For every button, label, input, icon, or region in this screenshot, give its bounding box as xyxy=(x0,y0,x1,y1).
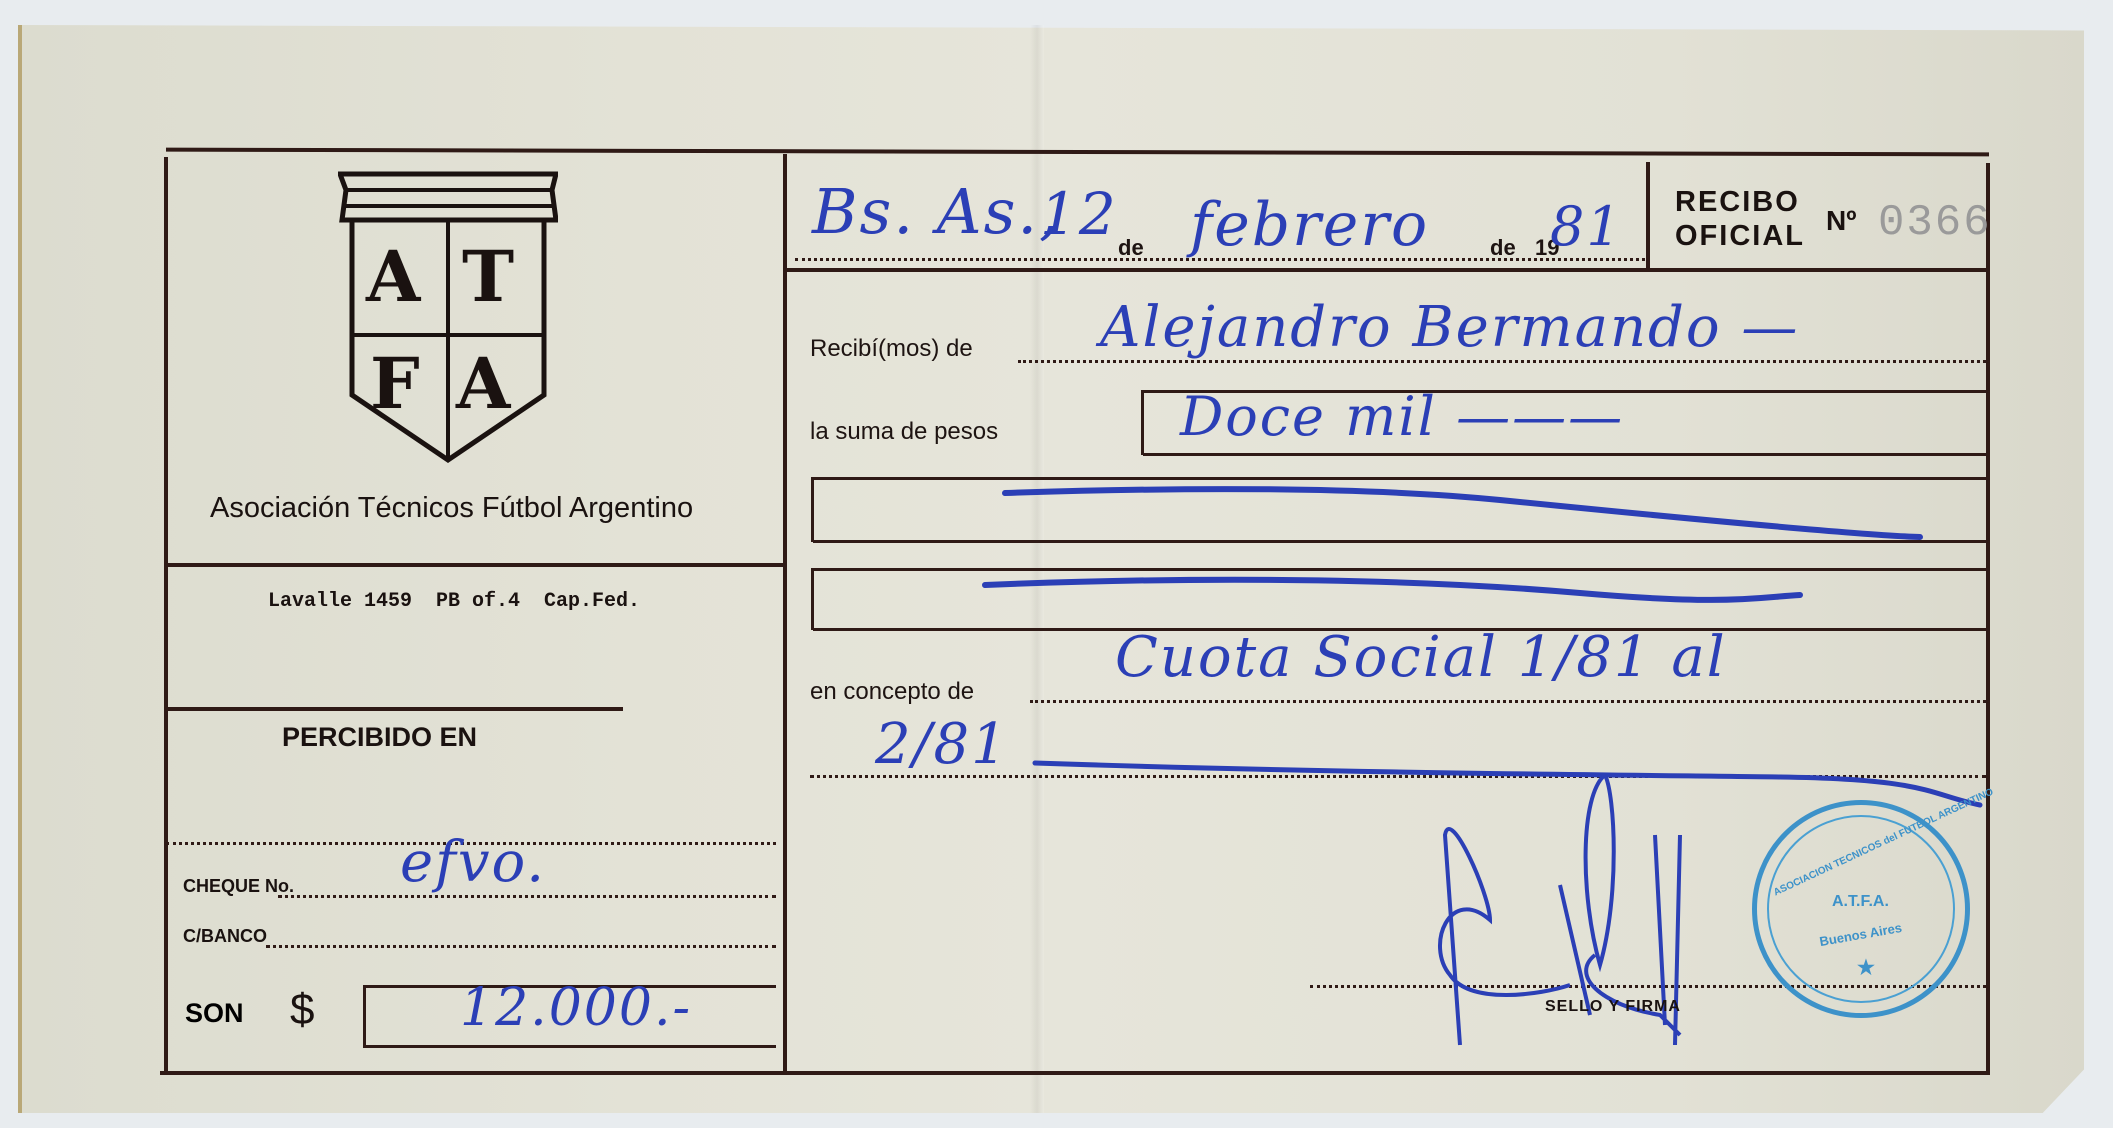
received-from-dotted-line xyxy=(1018,360,1986,363)
month-handwritten: febrero xyxy=(1190,190,1429,260)
concept-label: en concepto de xyxy=(810,678,974,706)
received-from-handwritten: Alejandro Bermando — xyxy=(1100,295,1799,360)
address-section-divider xyxy=(166,707,623,711)
blank-box-1-top xyxy=(813,477,1989,480)
form-border-left xyxy=(164,157,168,1075)
amount-box-bottom xyxy=(365,1045,776,1048)
receipt-title: RECIBO OFICIAL xyxy=(1675,185,1805,253)
received-from-label: Recibí(mos) de xyxy=(810,335,973,363)
logo-letter-a2: A xyxy=(456,342,510,425)
place-handwritten: Bs. As., xyxy=(812,175,1061,248)
year-handwritten: 81 xyxy=(1550,195,1623,258)
blank-box-2-left xyxy=(811,568,814,630)
form-border-bottom xyxy=(160,1071,1989,1075)
day-handwritten: 12 xyxy=(1040,180,1118,248)
concept-line1-handwritten: Cuota Social 1/81 al xyxy=(1115,625,1727,690)
amount-box-left xyxy=(363,985,366,1048)
receipt-title-line2: OFICIAL xyxy=(1675,219,1805,253)
sum-box-left xyxy=(1141,390,1144,455)
currency-symbol: $ xyxy=(290,985,314,1035)
logo-letter-t: T xyxy=(462,235,514,318)
bank-label: C/BANCO xyxy=(183,926,267,947)
form-border-right xyxy=(1986,163,1990,1075)
amount-handwritten: 12.000.- xyxy=(460,978,692,1038)
concept-line2-handwritten: 2/81 xyxy=(875,712,1009,777)
sum-of-pesos-label: la suma de pesos xyxy=(810,418,998,446)
stamp-center-text: A.T.F.A. xyxy=(1832,893,1889,911)
atfa-logo: A T F A xyxy=(338,170,558,470)
sum-box-bottom xyxy=(1143,453,1989,456)
star-icon: ★ xyxy=(1857,955,1875,980)
blank-box-2-top xyxy=(813,568,1989,571)
concept-dotted-line-1 xyxy=(1030,700,1986,703)
amount-label: SON xyxy=(185,998,244,1029)
receipt-number-label: Nº xyxy=(1826,205,1856,237)
column-divider xyxy=(783,154,787,1074)
official-stamp: ASOCIACION TECNICOS del FUTBOL ARGENTINO… xyxy=(1752,800,1970,1018)
organization-address: Lavalle 1459 PB of.4 Cap.Fed. xyxy=(268,590,640,613)
date-row-bottom xyxy=(787,268,1989,272)
receipt-title-line1: RECIBO xyxy=(1675,185,1805,219)
payment-section-title: PERCIBIDO EN xyxy=(282,722,477,753)
blank-box-1-left xyxy=(811,477,814,542)
receipt-title-divider xyxy=(1646,162,1650,272)
cheque-value-handwritten: efvo. xyxy=(400,830,546,895)
cheque-dotted-line xyxy=(278,895,776,898)
cheque-label: CHEQUE No. xyxy=(183,876,294,897)
organization-name: Asociación Técnicos Fútbol Argentino xyxy=(210,492,693,525)
bank-dotted-line xyxy=(266,945,776,948)
logo-section-divider xyxy=(166,563,783,567)
shield-crest-icon xyxy=(338,170,558,470)
logo-letter-a1: A xyxy=(366,235,420,318)
sum-of-pesos-handwritten: Doce mil ——— xyxy=(1180,385,1624,448)
date-dotted-line xyxy=(795,258,1645,261)
blank-box-2-pen-stroke xyxy=(980,575,1830,615)
seal-and-signature-label: SELLO Y FIRMA xyxy=(1545,998,1681,1016)
blank-box-1-pen-stroke xyxy=(1000,485,1950,545)
receipt-number: 0366 xyxy=(1878,198,1992,248)
logo-letter-f: F xyxy=(370,342,420,425)
